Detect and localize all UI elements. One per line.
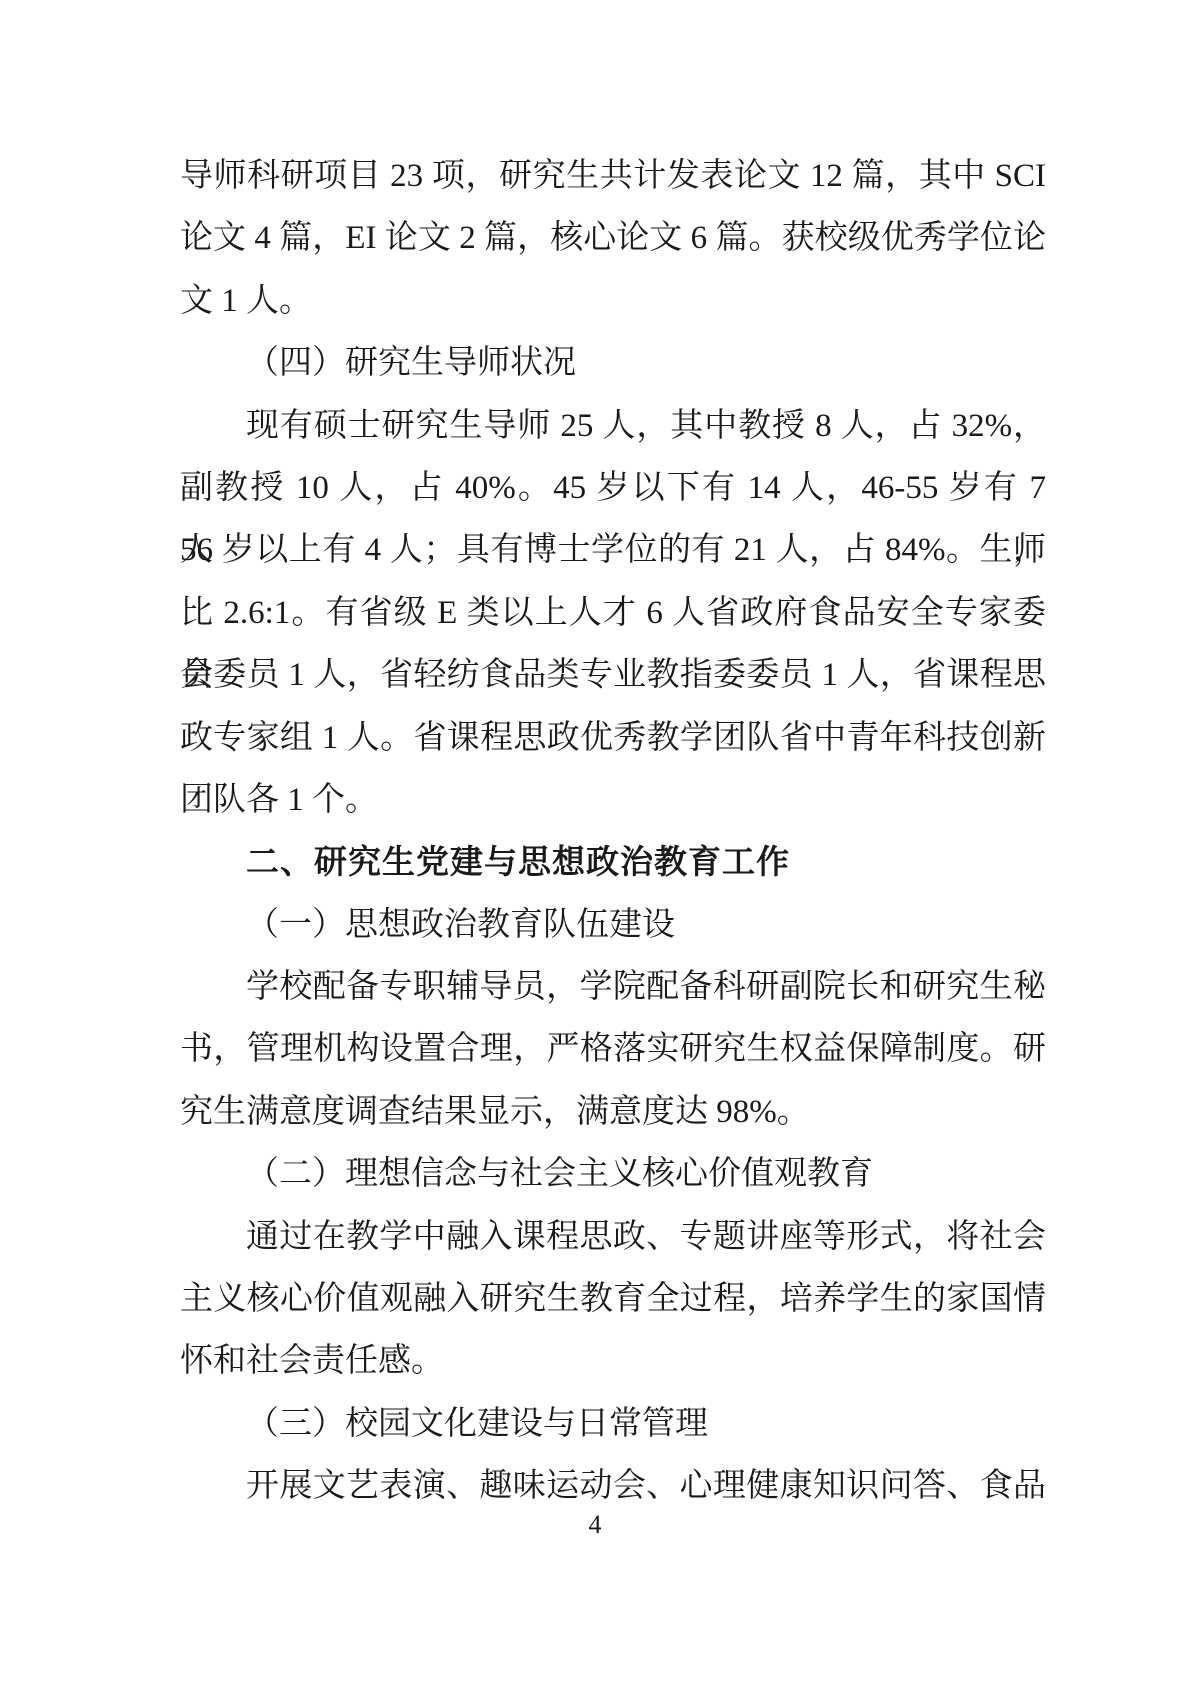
body-line: 团队各 1 个。 <box>180 769 1046 831</box>
body-line: 会委员 1 人，省轻纺食品类专业教指委委员 1 人，省课程思 <box>180 644 1046 706</box>
section-heading: 二、研究生党建与思想政治教育工作 <box>180 831 1046 893</box>
subsection-heading: （四）研究生导师状况 <box>180 332 1046 394</box>
subsection-heading: （一）思想政治教育队伍建设 <box>180 894 1046 956</box>
body-line: 书，管理机构设置合理，严格落实研究生权益保障制度。研 <box>180 1018 1046 1080</box>
body-line: 现有硕士研究生导师 25 人，其中教授 8 人，占 32%， <box>180 395 1046 457</box>
document-page: 导师科研项目 23 项，研究生共计发表论文 12 篇，其中 SCI 论文 4 篇… <box>0 0 1190 1682</box>
body-line: 论文 4 篇，EI 论文 2 篇，核心论文 6 篇。获校级优秀学位论 <box>180 207 1046 269</box>
subsection-heading: （三）校园文化建设与日常管理 <box>180 1393 1046 1455</box>
body-line: 56 岁以上有 4 人；具有博士学位的有 21 人，占 84%。生师 <box>180 519 1046 581</box>
subsection-heading: （二）理想信念与社会主义核心价值观教育 <box>180 1143 1046 1205</box>
body-line: 比 2.6:1。有省级 E 类以上人才 6 人省政府食品安全专家委员 <box>180 582 1046 644</box>
body-line: 怀和社会责任感。 <box>180 1330 1046 1392</box>
body-line: 副教授 10 人，占 40%。45 岁以下有 14 人，46-55 岁有 7 人… <box>180 457 1046 519</box>
page-number: 4 <box>0 1505 1190 1545</box>
body-line: 政专家组 1 人。省课程思政优秀教学团队省中青年科技创新 <box>180 707 1046 769</box>
body-line: 究生满意度调查结果显示，满意度达 98%。 <box>180 1081 1046 1143</box>
body-line: 文 1 人。 <box>180 270 1046 332</box>
body-line: 学校配备专职辅导员，学院配备科研副院长和研究生秘 <box>180 956 1046 1018</box>
body-line: 导师科研项目 23 项，研究生共计发表论文 12 篇，其中 SCI <box>180 145 1046 207</box>
text-block: 导师科研项目 23 项，研究生共计发表论文 12 篇，其中 SCI 论文 4 篇… <box>180 145 1046 1518</box>
body-line: 通过在教学中融入课程思政、专题讲座等形式，将社会 <box>180 1206 1046 1268</box>
body-line: 主义核心价值观融入研究生教育全过程，培养学生的家国情 <box>180 1268 1046 1330</box>
